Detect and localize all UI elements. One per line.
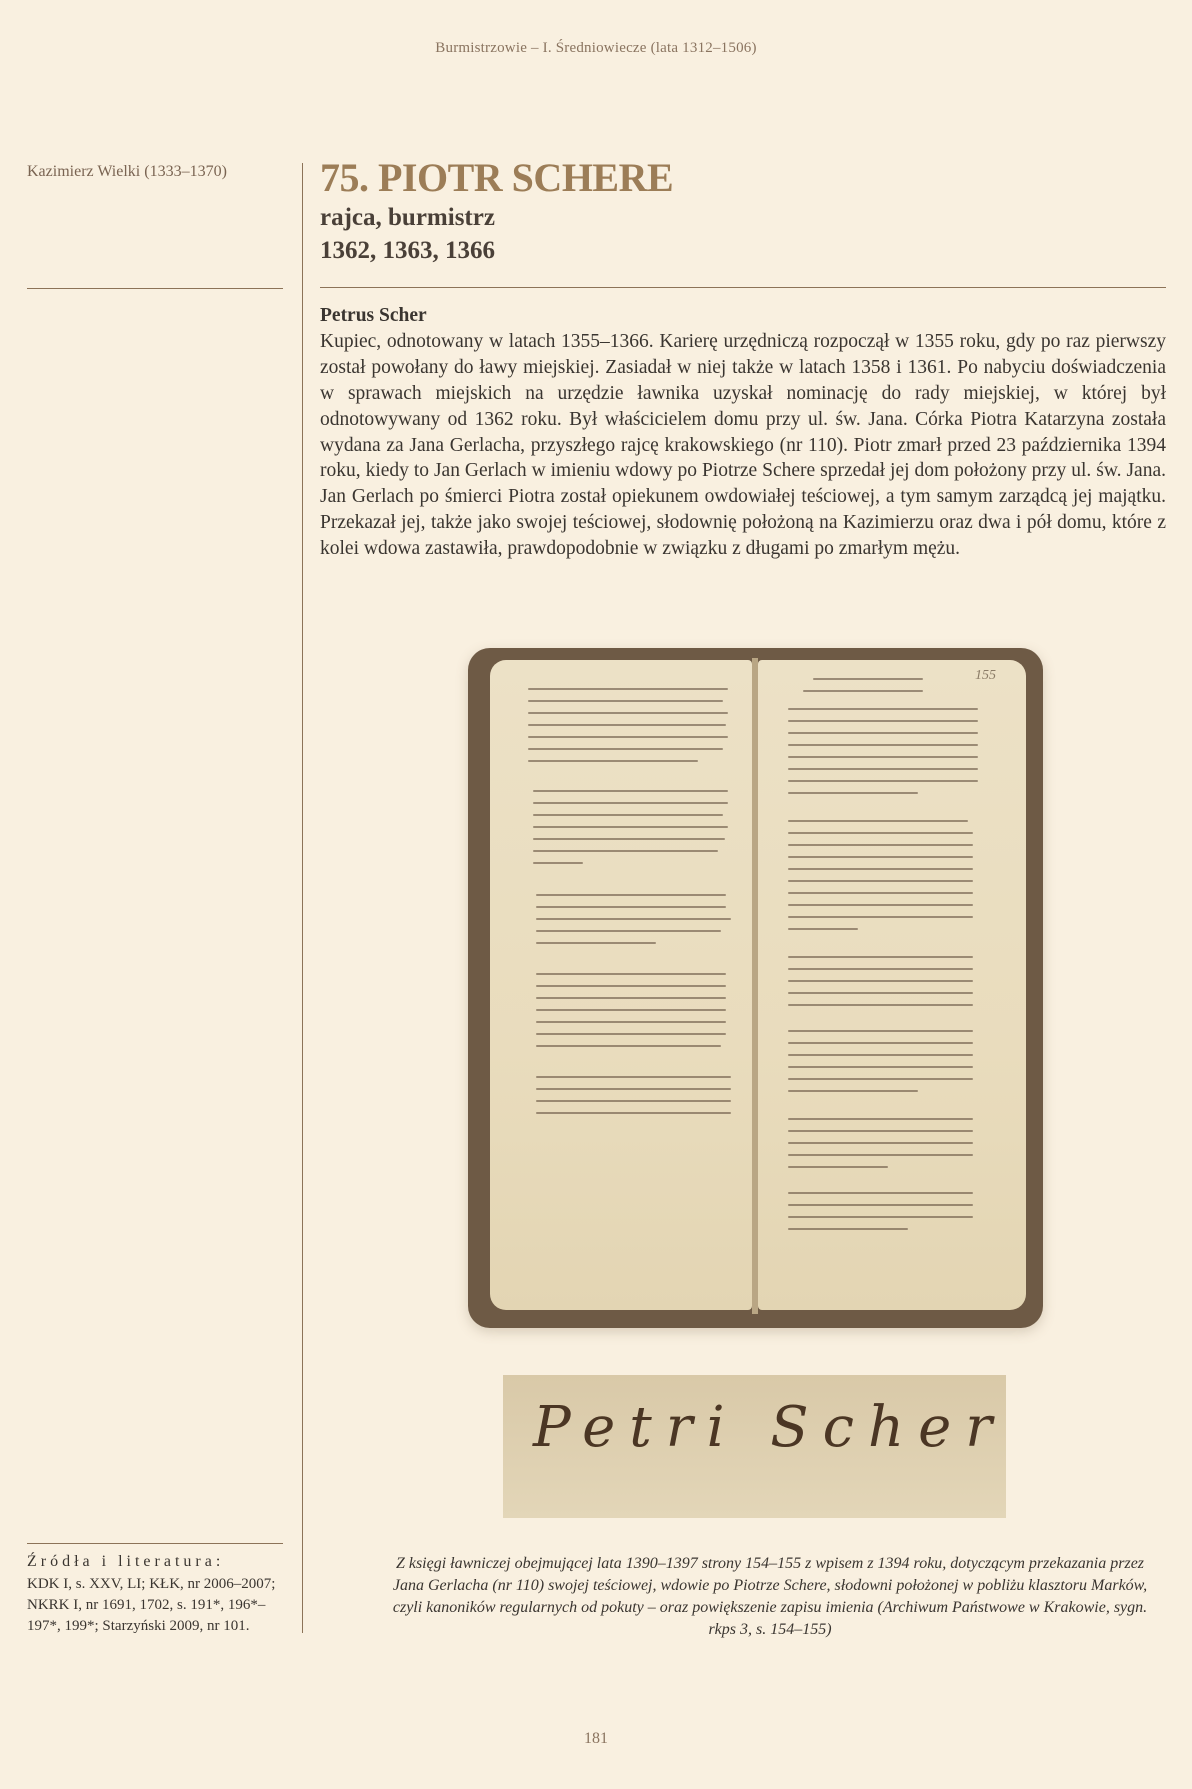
latin-name: Petrus Scher — [320, 303, 1166, 329]
biography-text: Kupiec, odnotowany w latach 1355–1366. K… — [320, 331, 1166, 559]
name-enlargement-photo: Petri Scher — [503, 1375, 1006, 1518]
folio-number: 155 — [975, 668, 996, 684]
sidebar-era-label: Kazimierz Wielki (1333–1370) — [27, 163, 227, 181]
manuscript-photo: 155 — [468, 648, 1043, 1328]
entry-body: Petrus Scher Kupiec, odnotowany w latach… — [320, 303, 1166, 562]
sources-list: KDK I, s. XXV, LI; KŁK, nr 2006–2007; NK… — [27, 1574, 287, 1637]
sources-rule — [27, 1543, 283, 1544]
figure-caption: Z księgi ławniczej obejmującej lata 1390… — [380, 1553, 1160, 1641]
running-head: Burmistrzowie – I. Średniowiecze (lata 1… — [0, 40, 1192, 57]
sources-heading: Źródła i literatura: — [27, 1553, 224, 1571]
entry-years: 1362, 1363, 1366 — [320, 236, 495, 266]
heading-rule — [320, 287, 1166, 288]
page-number: 181 — [0, 1730, 1192, 1748]
entry-offices: rajca, burmistrz — [320, 203, 495, 233]
enlarged-handwriting: Petri Scher — [533, 1395, 1006, 1460]
entry-title: 75. PIOTR SCHERE — [320, 156, 673, 200]
column-divider — [302, 163, 303, 1633]
sidebar-top-rule — [27, 288, 283, 289]
